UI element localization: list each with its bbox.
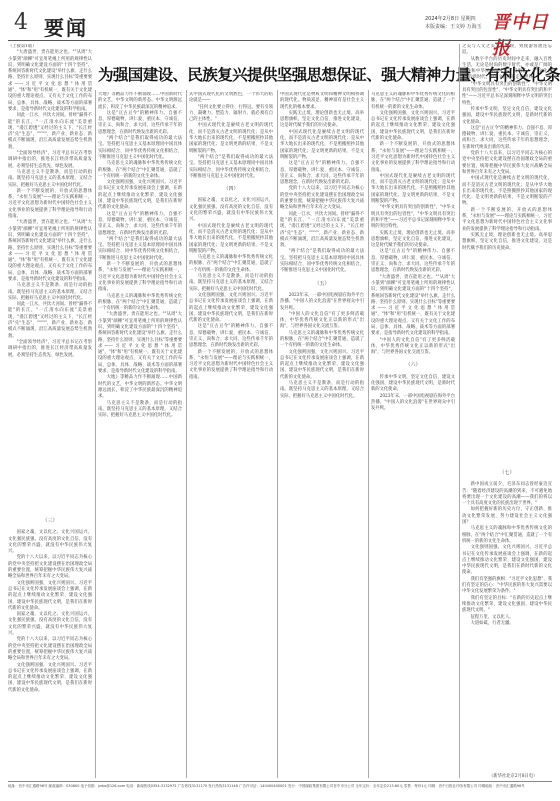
article-byline: （新华社北京2月8日电） [489,773,537,779]
paragraph: 马克思主义的魂脉和中华优秀传统文化的根脉，在"两个结合"中汇聚贯通，造就了一个有… [371,92,455,111]
paragraph: 大道如砥，行者无疆。 [462,621,552,627]
paragraph: 实践无止境，理论创新也无止境。高举思想旗帜，坚定文化自信，推进文化建设，这是时代… [371,231,455,250]
masthead: 4 要闻 2024年2月8日 星期四 本版责编：王文婷 万海玉 晋中日报 [0,0,560,40]
paragraph: 国家之魂，文以化之。文化兴国运兴，文化强民族强。没有高度的文化自信，没有文化的繁… [189,198,273,223]
header-divider [8,40,552,41]
paragraph: "中国人的文化自信"有了更多鲜活载体，中华优秀传统文化正以新的形式"出海"，与世… [280,312,364,331]
paragraph: 新一个不断发展的、开放式的思想体系，"永恒与发展"——理论与实践相统一，习近平文… [8,189,92,220]
article-column-1-lower: （三） 国家之魂，文以化之。文化兴国运兴，文化强民族强。没有高度的文化自信，没有… [8,512,92,778]
paragraph: 马克思主义不是教条，而是行动的指南。既坚持马克思主义的基本原理，又结合实际，把握… [8,170,92,189]
paragraph: 这是"亘古亘今"的精神伟力。自强不息，厚德载物，讲仁爱、重民本、守诚信、崇正义、… [462,126,552,151]
paragraph: 实践无止境，理论创新也无止境。高举思想旗帜，坚定文化自信，推进文化建设，这是时代… [280,111,364,130]
paragraph: "中国人的文化自信"有了更多鲜活载体，中华优秀传统文化正以新的形式"出海"，与世… [371,338,455,357]
paragraph: 党的十八大以来，以习近平同志为核心的党中央坚持把文化建设摆在治国理政全局的重要位… [8,555,92,580]
paragraph: 传承中华文明，坚定文化自信，建设文化强国，建设中华民族现代文明，是新时代新的文化… [371,375,455,394]
section-marker-4: （四） [189,186,273,192]
paragraph: 大地》等精品力作不断涌现……中国新时代的文艺，中华文明的新形态。中华文明源远流长… [98,375,182,400]
paragraph: 文化强则国强，文化兴则国兴。习近平总书记在文化传承发展座谈会上强调，在新的起点上… [371,111,455,142]
paragraph: "大唐盛世，贵在能用之也。""从周"大小篆到"颜柳"可宜用笔绳上所用的规律性认识… [371,275,455,338]
paragraph: "大唐盛世，贵在能用之也。""从周"大小篆到"颜柳"可宜用笔绳上所用的规律性认识… [8,50,92,113]
paragraph: 马克思主义的魂脉和中华优秀传统文化的根脉，在"两个结合"中汇聚贯通，造就了一个有… [98,161,182,180]
paragraph: 式中国式现代化的文明底色，一个伟大的结论就是—— [189,92,273,105]
paragraph: 新一个不断发展的、开放式的思想体系，"永恒与发展"——理论与实践相统一，习近平文… [371,142,455,173]
paragraph: 实践无止境，理论创新也无止境。高举思想旗帜，坚定文化自信，推进文化建设，这是时代… [462,233,552,252]
paragraph: 新中国成立前夕，毛泽东同志曾经豪迈宣告："随着经济建设的高潮的到来，不可避免地将… [462,482,552,507]
article-column-1: （上接第1版） "大唐盛世，贵在能用之也。""从周"大小篆到"颜柳"可宜用笔绳上… [8,44,92,512]
article-column-6-lower: （七） 新中国成立前夕，毛泽东同志曾经豪迈宣告："随着经济建设的高潮的到来，不可… [462,464,552,770]
issue-date: 2024年2月8日 星期四 [425,15,476,22]
paragraph: 如何把握好新的历史方位，守正创新、推动文化繁荣发展，努力建设社会主义文化强国？ [462,507,552,526]
paragraph: "大唐盛世，贵在能用之也。""从周"大小篆到"颜柳"可宜用笔绳上所用的规律性认识… [98,312,182,375]
paragraph: "两个结合"是我们取得成功的最大法宝。坚持把马克思主义基本原理同中国具体实际相结… [98,136,182,161]
article-column-5: 马克思主义的魂脉和中华优秀传统文化的根脉，在"两个结合"中汇聚贯通，造就了一个有… [371,92,455,778]
paragraph: 之美与人文之美交相辉映，致使游客流连忘返。 [462,44,552,57]
paragraph: 这是"亘古亘今"的精神伟力。自强不息，厚德载物，讲仁爱、重民本、守诚信、崇正义、… [371,249,455,274]
paragraph: 马克思主义的魂脉和中华优秀传统文化的根脉，在"两个结合"中汇聚贯通，造就了一个有… [462,526,552,545]
paragraph: 马克思主义的魂脉和中华优秀传统文化的根脉，在"两个结合"中汇聚贯通，造就了一个有… [98,294,182,313]
article-column-4: 中国式现代化是物质文明和精神文明相协调的现代化。物质富足、精神富有是社会主义现代… [280,92,364,778]
paragraph: 同此一江水，共饮大河间。曾经"漏得不能"的长江，"一江清水向东流"美景重现，"漫… [280,212,364,250]
column-divider [95,90,96,778]
paragraph: 国家之魂，文以化之。文化兴国运兴，文化强民族强。没有高度的文化自信，没有文化的繁… [8,530,92,555]
paragraph: 文化强则国强，文化兴则国兴。习近平总书记在文化传承发展座谈会上强调，在新的起点上… [8,581,92,612]
paragraph: "两个结合"是我们取得成功的最大法宝。坚持把马克思主义基本原理同中国具体实际相结… [280,249,364,274]
paragraph: 马克思主义不是教条，而是行动的指南。既坚持马克思主义的基本原理，又结合实际，把握… [189,274,273,293]
column-divider [459,44,460,778]
paragraph: 文化强则国强，文化兴则国兴。习近平总书记在文化传承发展座谈会上强调，在新的起点上… [8,663,92,694]
paragraph: 2023年末，一部中国电视剧在海外平台热播，"中国人的文化浪漫"在世界观众中引发… [371,394,455,413]
paragraph: 马克思主义不是教条，而是行动的指南。既坚持马克思主义的基本原理，又结合实际，把握… [8,283,92,302]
paragraph: 中国式现代化是物质文明和精神文明相协调的现代化。物质富足、精神富有是社会主义现代… [280,92,364,111]
paragraph: 同此一江水，共饮大河间。曾经"漏得不能"的长江，"一江清水向东流"美景重现，"漫… [8,302,92,340]
paragraph: 中国式现代化是赓续古老文明的现代化，而不是消灭古老文明的现代化；是从中华大地长出… [371,174,455,205]
paragraph: "两个结合"是我们取得成功的最大法宝。坚持把马克思主义基本原理同中国具体实际相结… [189,155,273,180]
paragraph: 文化强则国强，文化兴则国兴。习近平总书记在文化传承发展座谈会上强调，在新的起点上… [462,545,552,576]
paragraph: 同此一江水，共饮大河间。曾经"漏得不能"的长江，"一江清水向东流"美景重现，"漫… [8,113,92,151]
paragraph: "全面领导经济"，习近平总书记在考察调研中指出的，推进长江经济带高质量发展，必须… [8,151,92,170]
section-marker-6: （六） [371,362,455,368]
column-divider [186,90,187,778]
section-marker-7: （七） [462,470,552,476]
paragraph: "全面领导经济"，习近平总书记在考察调研中指出的，推进长江经济带高质量发展，必须… [8,340,92,359]
paragraph: 大地》等精品力作不断涌现……中国新时代的文艺，中华文明的新形态。中华文明源远流长… [98,92,182,111]
paragraph: 文化强则国强，文化兴则国兴。习近平总书记在文化传承发展座谈会上强调，在新的起点上… [98,180,182,211]
paragraph: 2023年末，一部中国电视剧在海外平台热播，"中国人的文化浪漫"在世界观众中引发… [280,293,364,312]
paragraph: 中国式现代化是赓续古老文明的现代化，而不是消灭古老文明的现代化；是从中华大地长出… [189,224,273,255]
paragraph: 党的十八大以来，以习近平同志为核心的党中央坚持把文化建设摆在治国理政全局的重要位… [8,637,92,662]
paragraph: 新一个不断发展的、开放式的思想体系，"永恒与发展"——理论与实践相统一，习近平文… [462,208,552,233]
paragraph: "中华文明具有突出的创新性"，"中华文明具有突出的包容性"，"中华文明具有突出的… [462,82,552,107]
paragraph: 我们有坚强的旗帜："习近平文化思想"，我们有坚定的信心："中华民族的伟大复兴需要… [462,577,552,596]
paragraph: 马克思主义的魂脉和中华优秀传统文化的根脉，在"两个结合"中汇聚贯通，造就了一个有… [280,331,364,350]
paragraph: 这是"亘古亘今"的精神伟力。自强不息，厚德载物，讲仁爱、重民本、守诚信、崇正义、… [98,111,182,136]
page-number: 4 [14,10,28,35]
paragraph: 新一个不断发展的、开放式的思想体系，"永恒与发展"——理论与实践相统一，习近平文… [98,262,182,293]
column-divider [368,90,369,778]
paragraph: 传承中华文明，坚定文化自信，建设文化强国，建设中华民族现代文明，是新时代新的文化… [462,107,552,126]
paragraph: 党的十八大以来，以习近平同志为核心的党中央坚持把文化建设摆在治国理政全局的重要位… [462,151,552,176]
paragraph: 中国式现代化是赓续古老文明的现代化，而不是消灭古老文明的现代化；是从中华大地长出… [462,176,552,207]
paragraph: 这是"亘古亘今"的精神伟力。自强不息，厚德载物，讲仁爱、重民本、守诚信、崇正义、… [98,212,182,237]
paragraph: "中华文明具有突出的创新性"，"中华文明具有突出的包容性"，"中华文明具有突出的… [371,205,455,230]
paragraph: 马克思主义不是教条，而是行动的指南。既坚持马克思主义的基本原理，又结合实际，把握… [98,401,182,420]
paragraph: 我们有坚定的目标："在新的历史起点上继续推动文化繁荣、建设文化强国、建设中华民族… [462,596,552,615]
paragraph: 国家之魂，文以化之。文化兴国运兴，文化强民族强。没有高度的文化自信，没有文化的繁… [8,612,92,637]
paragraph: 从数字平台的历史时间中走来，融入百姓生活，无论是时尚的数字时代，亦或是广阔的世界… [462,57,552,82]
paragraph: 文化强则国强，文化兴则国兴。习近平总书记在文化传承发展座谈会上强调，在新的起点上… [189,293,273,324]
column-divider [277,90,278,778]
paragraph: 这是"亘古亘今"的精神伟力。自强不息，厚德载物，讲仁爱、重民本、守诚信、崇正义、… [189,324,273,349]
section-marker-5: （五） [280,281,364,287]
paragraph: 这是"亘古亘今"的精神伟力。自强不息，厚德载物，讲仁爱、重民本、守诚信、崇正义、… [280,161,364,186]
article-column-2: 大地》等精品力作不断涌现……中国新时代的文艺，中华文明的新形态。中华文明源远流长… [98,92,182,778]
footer-divider [8,781,552,782]
article-headline: 为强国建设、民族复兴提供坚强思想保证、强大精神力量、有利文化条件 [98,63,468,85]
section-marker-3: （三） [8,518,92,524]
paragraph: "任何文化要立得住、行得远，要有引领力、凝聚力、塑造力、辐射力，就必须有自己的主… [189,105,273,124]
paragraph: 文化强则国强，文化兴则国兴。习近平总书记在文化传承发展座谈会上强调，在新的起点上… [280,350,364,381]
paragraph: 新一个不断发展的、开放式的思想体系，"永恒与发展"——理论与实践相统一，习近平文… [189,350,273,381]
paragraph: 中国式现代化是赓续古老文明的现代化，而不是消灭古老文明的现代化；是从中华大地长出… [280,130,364,161]
paragraph: 党的十八大以来，以习近平同志为核心的党中央坚持把文化建设摆在治国理政全局的重要位… [280,186,364,211]
editors-credit: 本版责编：王文婷 万海玉 [425,23,482,30]
publication-footer: 地址：晋中市汇通路96号 邮政编码：030600 电子信箱：jzrbs@126.… [8,784,552,789]
paragraph: 中国式现代化是赓续古老文明的现代化，而不是消灭古老文明的现代化；是从中华大地长出… [189,123,273,154]
paragraph: "大唐盛世，贵在能用之也。""从周"大小篆到"颜柳"可宜用笔绳上所用的规律性认识… [8,220,92,283]
article-column-6: 之美与人文之美交相辉映，致使游客流连忘返。 从数字平台的历史时间中走来，融入百姓… [462,44,552,464]
paragraph: 马克思主义不是教条，而是行动的指南。既坚持马克思主义的基本原理，又结合实际，把握… [280,381,364,400]
article-column-3: 式中国式现代化的文明底色，一个伟大的结论就是—— "任何文化要立得住、行得远，要… [189,92,273,778]
paragraph: 马克思主义的魂脉和中华优秀传统文化的根脉，在"两个结合"中汇聚贯通，造就了一个有… [189,255,273,274]
section-title: 要闻 [44,12,88,41]
paragraph: "两个结合"是我们取得成功的最大法宝。坚持把马克思主义基本原理同中国具体实际相结… [98,237,182,262]
